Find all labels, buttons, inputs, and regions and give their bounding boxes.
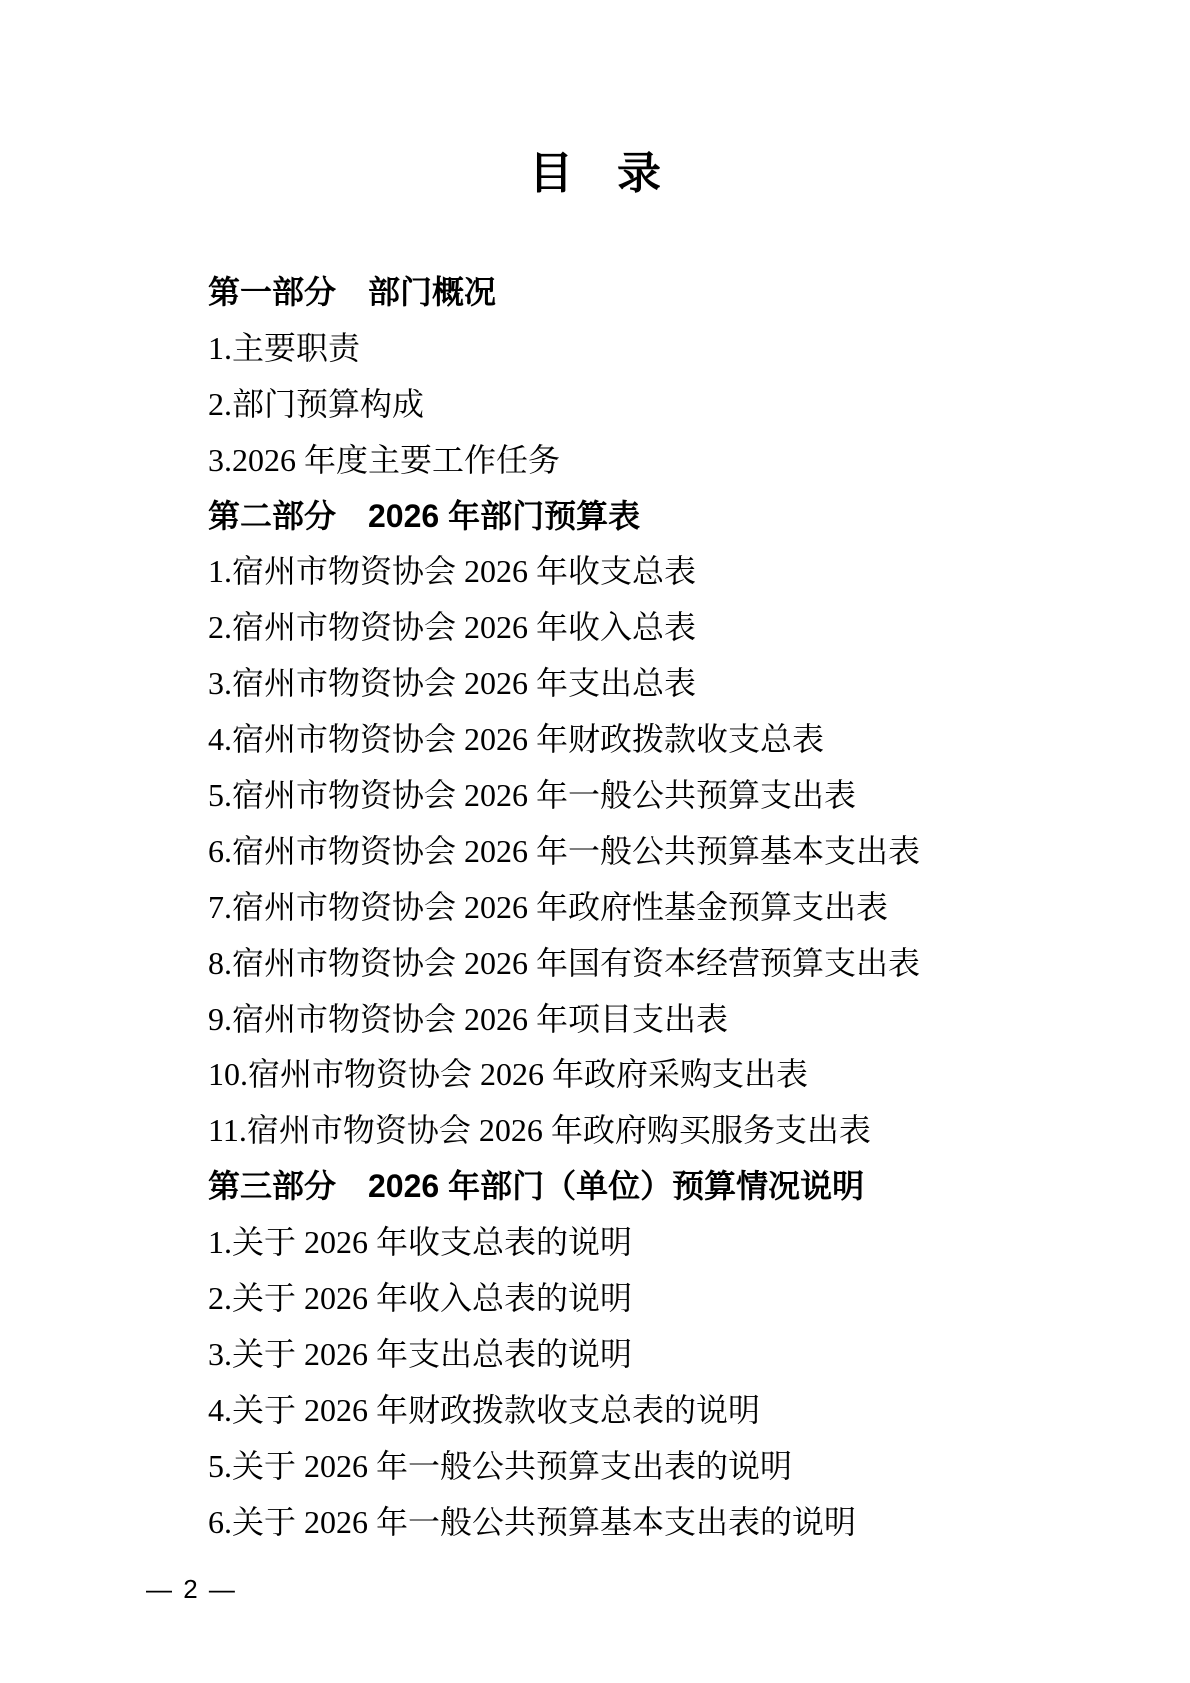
- toc-section-heading: 第一部分 部门概况: [208, 265, 1090, 321]
- toc-entry: 1.关于 2026 年收支总表的说明: [208, 1215, 1090, 1271]
- toc-entry: 6.关于 2026 年一般公共预算基本支出表的说明: [208, 1495, 1090, 1551]
- toc-entry: 6.宿州市物资协会 2026 年一般公共预算基本支出表: [208, 824, 1090, 880]
- toc-entry: 4.宿州市物资协会 2026 年财政拨款收支总表: [208, 712, 1090, 768]
- toc-entry: 2.宿州市物资协会 2026 年收入总表: [208, 600, 1090, 656]
- toc-entry: 3.宿州市物资协会 2026 年支出总表: [208, 656, 1090, 712]
- toc-entry: 2.关于 2026 年收入总表的说明: [208, 1271, 1090, 1327]
- toc-entry: 2.部门预算构成: [208, 377, 1090, 433]
- toc-entry: 11.宿州市物资协会 2026 年政府购买服务支出表: [208, 1103, 1090, 1159]
- toc-entry: 3.2026 年度主要工作任务: [208, 433, 1090, 489]
- toc-entry: 7.宿州市物资协会 2026 年政府性基金预算支出表: [208, 880, 1090, 936]
- toc-section-heading: 第三部分 2026 年部门（单位）预算情况说明: [208, 1159, 1090, 1215]
- toc-entry: 4.关于 2026 年财政拨款收支总表的说明: [208, 1383, 1090, 1439]
- toc-entry: 8.宿州市物资协会 2026 年国有资本经营预算支出表: [208, 936, 1090, 992]
- toc-entry: 5.宿州市物资协会 2026 年一般公共预算支出表: [208, 768, 1090, 824]
- toc-section-heading: 第二部分 2026 年部门预算表: [208, 489, 1090, 545]
- page-title: 目 录: [0, 150, 1190, 198]
- toc-entry: 1.宿州市物资协会 2026 年收支总表: [208, 544, 1090, 600]
- toc-entry: 5.关于 2026 年一般公共预算支出表的说明: [208, 1439, 1090, 1495]
- document-page: 目 录 第一部分 部门概况1.主要职责2.部门预算构成3.2026 年度主要工作…: [0, 0, 1190, 1683]
- toc-entry: 3.关于 2026 年支出总表的说明: [208, 1327, 1090, 1383]
- toc-entry: 9.宿州市物资协会 2026 年项目支出表: [208, 992, 1090, 1048]
- toc-entry: 10.宿州市物资协会 2026 年政府采购支出表: [208, 1047, 1090, 1103]
- toc-list: 第一部分 部门概况1.主要职责2.部门预算构成3.2026 年度主要工作任务第二…: [208, 265, 1090, 1550]
- toc-entry: 1.主要职责: [208, 321, 1090, 377]
- page-number: — 2 —: [146, 1574, 237, 1604]
